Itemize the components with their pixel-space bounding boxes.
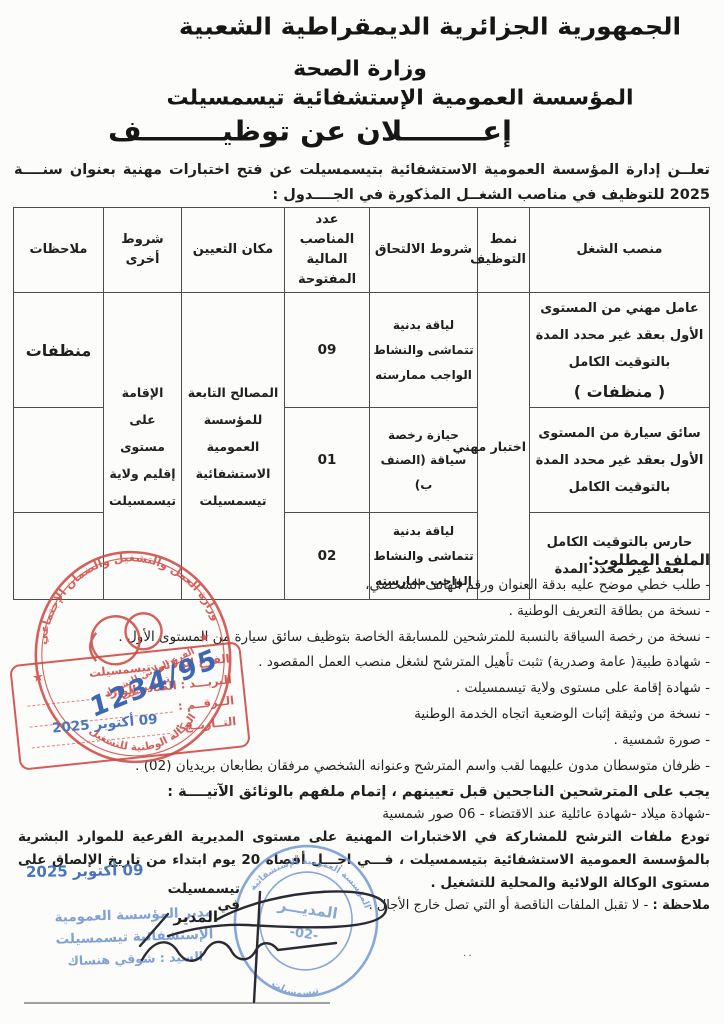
count-cell: 01 xyxy=(285,408,370,513)
col-header-mode: نمط التوظيف xyxy=(478,208,530,293)
remarks-cell xyxy=(14,408,104,513)
date-stamp: 09 أكتوبر 2025 xyxy=(26,861,144,881)
intro-paragraph: تعلــن إدارة المؤسسة العمومية الاستشفائي… xyxy=(14,158,710,208)
announcement-title: إعــــــــلان عن توظيــــــــف xyxy=(30,115,590,148)
successful-candidates-heading: يجب على المترشحين الناجحين قبل تعيينهم ،… xyxy=(18,780,710,804)
scan-artifact: ٠٠ xyxy=(418,183,429,194)
position-cell: عامل مهني من المستوى الأول بعقد غير محدد… xyxy=(530,293,710,408)
col-header-count: عدد المناصب المالية المفتوحة xyxy=(285,208,370,293)
institution-heading: المؤسسة العمومية الإستشفائية تيسمسيلت xyxy=(120,87,680,111)
table-row: عامل مهني من المستوى الأول بعقد غير محدد… xyxy=(14,293,710,408)
position-note: ( منظفات ) xyxy=(533,378,706,405)
table-header-row: منصب الشغل نمط التوظيف شروط الالتحاق عدد… xyxy=(14,208,710,293)
col-header-place: مكان التعيين xyxy=(182,208,285,293)
ministry-heading: وزارة الصحة xyxy=(80,58,640,82)
position-text: عامل مهني من المستوى الأول بعقد غير محدد… xyxy=(533,295,706,376)
signature xyxy=(126,880,416,1008)
scan-artifact: ٠٠ xyxy=(462,950,473,961)
remarks-cell: منظفات xyxy=(14,293,104,408)
scanned-document-page: الجمهورية الجزائرية الديمقراطية الشعبية … xyxy=(0,0,724,1024)
col-header-remarks: ملاحظات xyxy=(14,208,104,293)
republic-heading: الجمهورية الجزائرية الديمقراطية الشعبية xyxy=(140,13,720,41)
recruitment-table: منصب الشغل نمط التوظيف شروط الالتحاق عدد… xyxy=(13,207,710,600)
note-label: ملاحظة : xyxy=(652,898,710,913)
count-cell: 09 xyxy=(285,293,370,408)
col-header-position: منصب الشغل xyxy=(530,208,710,293)
col-header-other: شروط أخرى xyxy=(104,208,182,293)
col-header-conditions: شروط الالتحاق xyxy=(370,208,478,293)
successful-docs-line: -شهادة ميلاد -شهادة عائلية عند الاقتضاء … xyxy=(18,804,710,824)
conditions-cell: لياقة بدنية تتماشى والنشاط الواجب ممارست… xyxy=(370,293,478,408)
position-cell: سائق سيارة من المستوى الأول بعقد غير محد… xyxy=(530,408,710,513)
conditions-cell: حيازة رخصة سياقة (الصنف ب) xyxy=(370,408,478,513)
